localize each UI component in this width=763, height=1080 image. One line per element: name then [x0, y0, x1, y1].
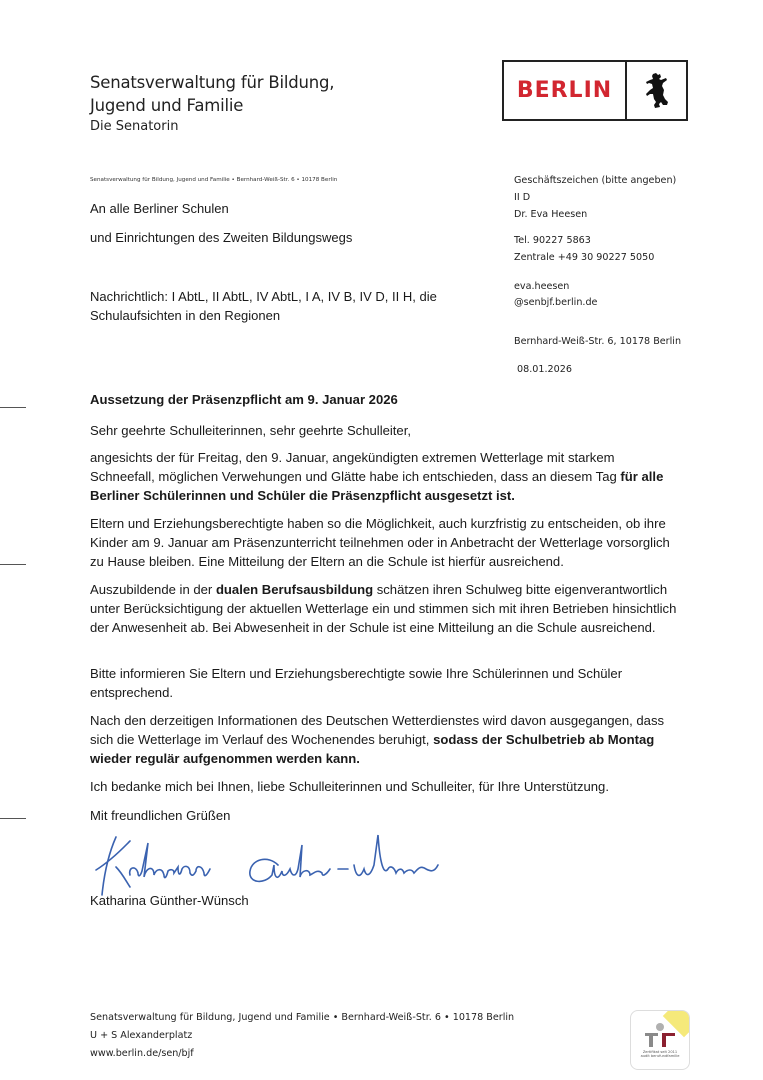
- paragraph-3-text-pre: Auszubildende in der: [90, 582, 216, 597]
- sender-line-1: Senatsverwaltung für Bildung,: [90, 71, 334, 94]
- badge-caption-line-2: audit berufundfamilie: [641, 1054, 680, 1059]
- office-address: Bernhard-Weiß-Str. 6, 10178 Berlin: [514, 333, 681, 350]
- sender-authority: Senatsverwaltung für Bildung, Jugend und…: [90, 71, 334, 117]
- letter-date: 08.01.2026: [517, 361, 572, 378]
- email-line-2: @senbjf.berlin.de: [514, 294, 597, 311]
- paragraph-1-text: angesichts der für Freitag, den 9. Janua…: [90, 450, 620, 484]
- footer-website-link[interactable]: www.berlin.de/sen/bjf: [90, 1045, 514, 1063]
- berufundfamilie-certificate-icon: Zertifikat seit 2011 audit berufundfamil…: [630, 1010, 690, 1070]
- berlin-logo: BERLIN: [502, 60, 688, 121]
- berlin-bear-icon: [627, 62, 686, 119]
- salutation: Sehr geehrte Schulleiterinnen, sehr geeh…: [90, 421, 680, 440]
- reference-label: Geschäftszeichen (bitte angeben): [514, 172, 676, 189]
- email-line-1: eva.heesen: [514, 278, 569, 295]
- paragraph-3-emphasis: dualen Berufsausbildung: [216, 582, 373, 597]
- signer-name: Katharina Günther-Wünsch: [90, 893, 249, 908]
- phone: Tel. 90227 5863: [514, 232, 591, 249]
- sender-subtitle: Die Senatorin: [90, 119, 178, 134]
- recipient-line-2: und Einrichtungen des Zweiten Bildungswe…: [90, 230, 352, 245]
- paragraph-2: Eltern und Erziehungsberechtigte haben s…: [90, 514, 680, 571]
- paragraph-4: Bitte informieren Sie Eltern und Erziehu…: [90, 664, 680, 702]
- footer-line-1: Senatsverwaltung für Bildung, Jugend und…: [90, 1009, 514, 1027]
- footer-address-block: Senatsverwaltung für Bildung, Jugend und…: [90, 1009, 514, 1063]
- reference-value: II D: [514, 189, 530, 206]
- sender-line-2: Jugend und Familie: [90, 94, 334, 117]
- footer-line-2: U + S Alexanderplatz: [90, 1027, 514, 1045]
- paragraph-3: Auszubildende in der dualen Berufsausbil…: [90, 580, 680, 637]
- cc-recipients: Nachrichtlich: I AbtL, II AbtL, IV AbtL,…: [90, 287, 470, 325]
- fold-mark: [0, 564, 26, 565]
- letter-subject: Aussetzung der Präsenzpflicht am 9. Janu…: [90, 392, 398, 407]
- closing: Mit freundlichen Grüßen: [90, 806, 680, 825]
- fold-mark: [0, 818, 26, 819]
- recipient-line-1: An alle Berliner Schulen: [90, 201, 229, 216]
- return-address: Senatsverwaltung für Bildung, Jugend und…: [90, 177, 337, 183]
- paragraph-5: Nach den derzeitigen Informationen des D…: [90, 711, 680, 768]
- paragraph-1: angesichts der für Freitag, den 9. Janua…: [90, 448, 680, 505]
- contact-name: Dr. Eva Heesen: [514, 206, 587, 223]
- switchboard: Zentrale +49 30 90227 5050: [514, 249, 654, 266]
- badge-caption: Zertifikat seit 2011 audit berufundfamil…: [641, 1050, 680, 1059]
- logo-text: BERLIN: [504, 62, 627, 119]
- paragraph-6: Ich bedanke mich bei Ihnen, liebe Schull…: [90, 777, 680, 796]
- fold-mark: [0, 407, 26, 408]
